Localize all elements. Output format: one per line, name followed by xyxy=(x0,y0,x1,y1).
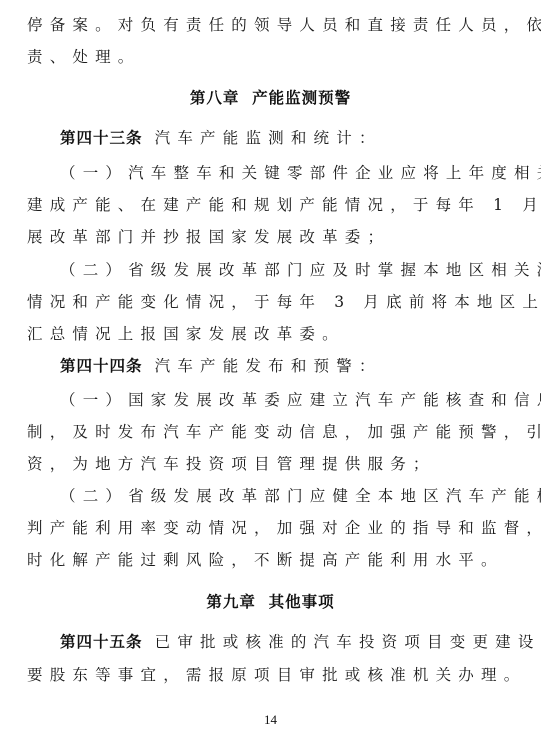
article-title: 汽车产能监测和统计： xyxy=(143,129,382,147)
article-heading: 第四十五条 已审批或核准的汽车投资项目变更建设内容、主 xyxy=(60,632,541,652)
article-title: 已审批或核准的汽车投资项目变更建设内容、主 xyxy=(143,633,541,651)
body-text-line: 汇总情况上报国家发展改革委。 xyxy=(27,324,517,344)
body-text-line: 展改革部门并抄报国家发展改革委； xyxy=(27,227,517,247)
article-label: 第四十三条 xyxy=(60,129,143,147)
body-text-line: （一）汽车整车和关键零部件企业应将上年度相关产品产量、 xyxy=(60,163,541,183)
body-text-line: 要股东等事宜，需报原项目审批或核准机关办理。 xyxy=(27,665,517,685)
body-text-line: 建成产能、在建产能和规划产能情况，于每年 1 月底前上报省级发 xyxy=(27,195,517,215)
article-heading: 第四十三条 汽车产能监测和统计： xyxy=(60,128,541,148)
page-number: 14 xyxy=(0,712,541,728)
body-text-line: 责、处理。 xyxy=(27,47,517,67)
body-text-line: （一）国家发展改革委应建立汽车产能核查和信息发布工作机 xyxy=(60,390,541,410)
chapter-heading: 第九章 其他事项 xyxy=(0,592,541,612)
article-label: 第四十四条 xyxy=(60,357,143,375)
body-text-line: 制，及时发布汽车产能变动信息，加强产能预警，引导企业合理投 xyxy=(27,422,517,442)
article-title: 汽车产能发布和预警： xyxy=(143,357,382,375)
chapter-heading: 第八章 产能监测预警 xyxy=(0,88,541,108)
body-text-line: （二）省级发展改革部门应及时掌握本地区相关汽车产品生产 xyxy=(60,260,541,280)
body-text-line: 情况和产能变化情况，于每年 3 月底前将本地区上年度产量和产能 xyxy=(27,292,517,312)
body-text-line: 时化解产能过剩风险，不断提高产能利用水平。 xyxy=(27,550,517,570)
article-label: 第四十五条 xyxy=(60,633,143,651)
body-text-line: （二）省级发展改革部门应健全本地区汽车产能核查体系，研 xyxy=(60,486,541,506)
body-text-line: 停备案。对负有责任的领导人员和直接责任人员，依法依规给予问 xyxy=(27,15,517,35)
article-heading: 第四十四条 汽车产能发布和预警： xyxy=(60,356,541,376)
body-text-line: 判产能利用率变动情况，加强对企业的指导和监督，有效应对和及 xyxy=(27,518,517,538)
body-text-line: 资，为地方汽车投资项目管理提供服务； xyxy=(27,454,517,474)
